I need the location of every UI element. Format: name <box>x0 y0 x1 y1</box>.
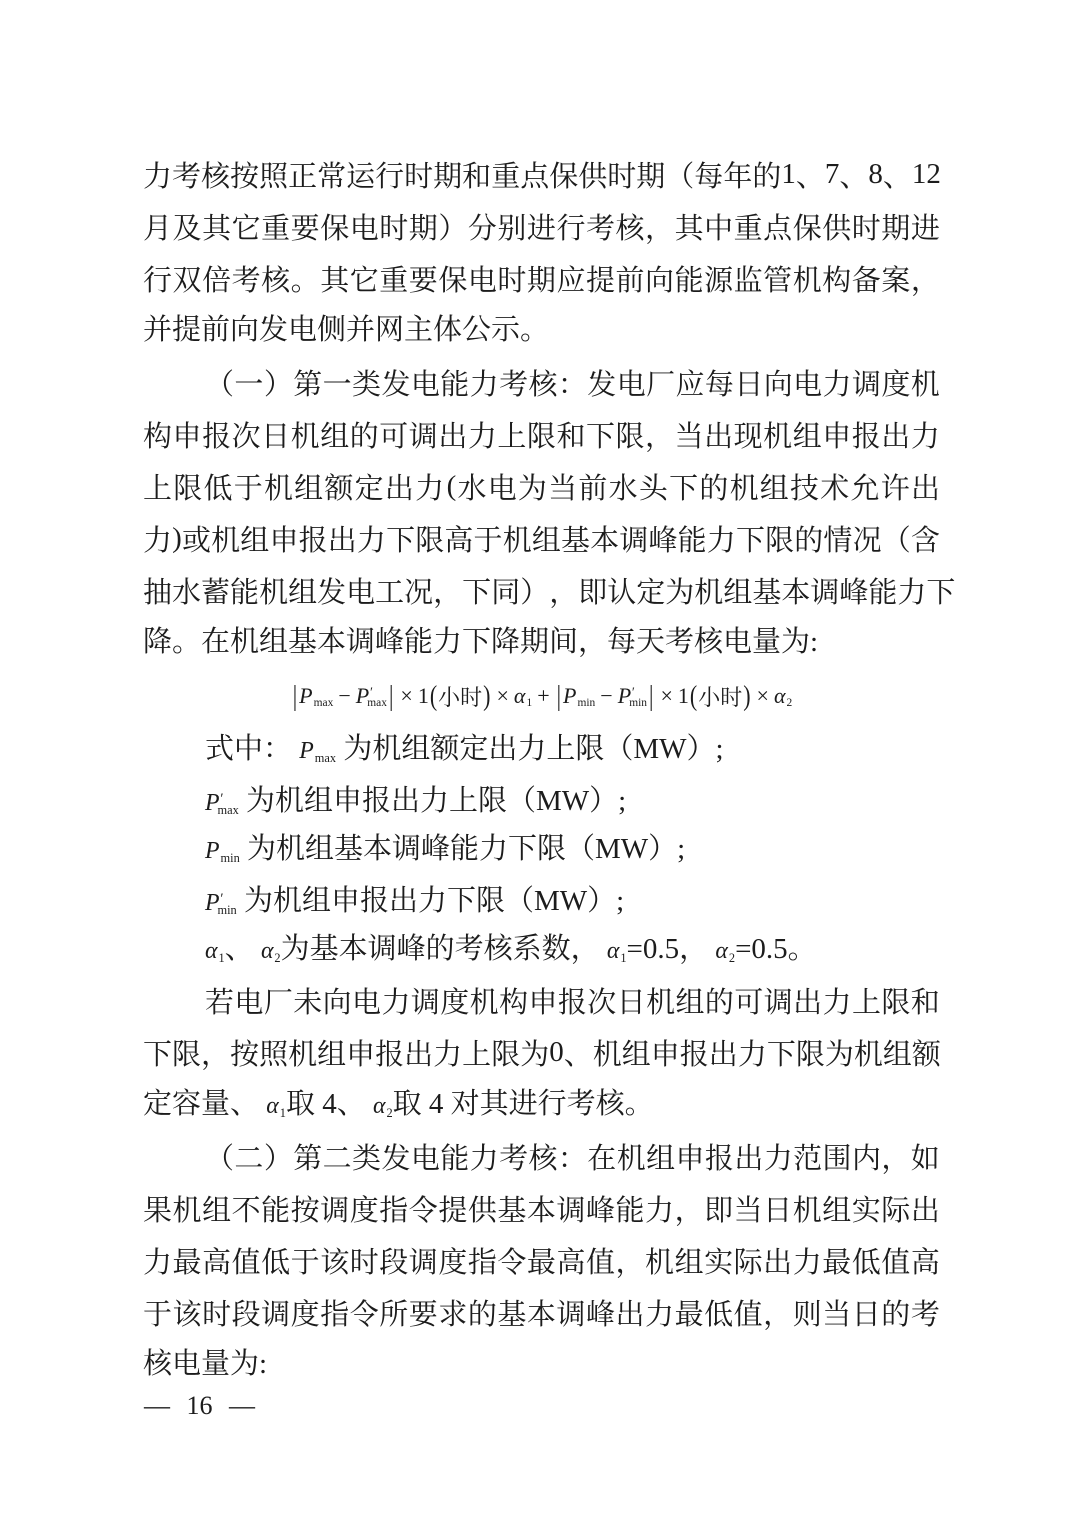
char: 申 <box>528 980 557 1021</box>
char: 电 <box>488 466 517 507</box>
char: 定 <box>355 466 384 507</box>
char: 次 <box>232 414 261 455</box>
char: 于 <box>143 1292 172 1333</box>
char: 力 <box>415 466 444 507</box>
math-variable: P′min <box>618 683 647 710</box>
char: 蓄 <box>201 570 230 611</box>
char: 况 <box>853 518 882 559</box>
char: 内 <box>852 1136 881 1177</box>
body-text-line: 降。在机组基本调峰能力下降期间，每天考核电量为: <box>143 616 940 668</box>
char: 按 <box>291 1188 320 1229</box>
char: ） <box>264 362 293 403</box>
char: 发 <box>381 1136 410 1177</box>
char: 下 <box>462 570 491 611</box>
char: 能 <box>868 570 897 611</box>
char: 点 <box>520 154 549 195</box>
char: 定 <box>636 570 665 611</box>
char: 核 <box>261 258 290 299</box>
char: 现 <box>734 414 763 455</box>
char: 日 <box>852 1292 881 1333</box>
char: 电 <box>411 362 440 403</box>
char: 上 <box>462 1032 491 1073</box>
absolute-value-bar: | <box>557 679 561 713</box>
char: 力 <box>143 154 172 195</box>
char: ） <box>264 1136 293 1177</box>
char: 工 <box>375 570 404 611</box>
char: 照 <box>259 154 288 195</box>
char: 核 <box>201 154 230 195</box>
char: 本 <box>527 1292 556 1333</box>
char: 出 <box>438 414 467 455</box>
char: 进 <box>527 206 556 247</box>
char: 要 <box>409 258 438 299</box>
char: 令 <box>409 1188 438 1229</box>
char: 力 <box>823 362 852 403</box>
char: 调 <box>261 1292 290 1333</box>
formula-term-definition-line: P′max 为机组申报出力上限（MW）; <box>143 774 940 824</box>
math-variable: α2 <box>261 926 281 983</box>
body-text-line: 力最高值低于该时段调度指令最高值，机组实际出力最低值高 <box>143 1234 940 1286</box>
body-text-line: 并提前向发电侧并网主体公示。 <box>143 304 940 356</box>
char: 时 <box>202 1292 231 1333</box>
char: 向 <box>323 980 352 1021</box>
body-text-line: 力考核按照正常运行时期和重点保供时期（每年的 1、7、8、12 <box>143 148 940 200</box>
char: 实 <box>852 1188 881 1229</box>
char: 案 <box>881 258 910 299</box>
char: 照 <box>259 1032 288 1073</box>
char: 出 <box>763 1240 792 1281</box>
math-text: 为机组基本调峰能力下限（MW）; <box>240 833 685 865</box>
char: 本 <box>527 1188 556 1229</box>
char: ： <box>558 1136 587 1177</box>
char: 、 <box>839 154 868 195</box>
char: 求 <box>438 1292 467 1333</box>
char: 的 <box>794 518 823 559</box>
char: 抽 <box>143 570 172 611</box>
char: 限 <box>415 518 444 559</box>
char: ) <box>172 522 182 555</box>
math-text: × <box>660 683 672 709</box>
math-text: 为机组申报出力下限（MW）; <box>237 885 624 917</box>
char: 机 <box>911 362 940 403</box>
char: 次 <box>587 980 616 1021</box>
char: 未 <box>293 980 322 1021</box>
char: 峰 <box>586 1188 615 1229</box>
char: 报 <box>202 414 231 455</box>
math-text: × <box>400 683 412 709</box>
char: 电 <box>617 362 646 403</box>
char: 指 <box>320 1292 349 1333</box>
char: 力 <box>911 414 940 455</box>
char: 每 <box>694 154 723 195</box>
char: 当 <box>734 1188 763 1229</box>
char: 当 <box>548 466 577 507</box>
char: 最 <box>527 1240 556 1281</box>
char: 组 <box>532 518 561 559</box>
formula-term-definition-line: Pmin 为机组基本调峰能力下限（MW）; <box>143 824 940 874</box>
char: 机 <box>694 570 723 611</box>
math-text: 1 <box>678 683 689 709</box>
char: 即 <box>704 1188 733 1229</box>
char: 时 <box>497 258 526 299</box>
char: 于 <box>474 518 503 559</box>
char: 供 <box>822 206 851 247</box>
char: 机 <box>730 466 759 507</box>
char: 其 <box>202 206 231 247</box>
char: 技 <box>790 466 819 507</box>
char: 按 <box>230 154 259 195</box>
math-variable: α1 <box>205 926 225 983</box>
char: 组 <box>822 1188 851 1229</box>
char: 出 <box>385 466 414 507</box>
char: 为 <box>520 1032 549 1073</box>
char: 出 <box>911 1188 940 1229</box>
char: 况 <box>404 570 433 611</box>
char: 日 <box>617 980 646 1021</box>
char: 厂 <box>646 362 675 403</box>
char: 上 <box>497 414 526 455</box>
char: 要 <box>409 1292 438 1333</box>
char: 应 <box>676 362 705 403</box>
char: 电 <box>793 362 822 403</box>
char: 力 <box>707 518 736 559</box>
char: ， <box>911 258 940 299</box>
char: 机 <box>503 518 532 559</box>
char: 许 <box>881 466 910 507</box>
char: 水 <box>172 570 201 611</box>
char: 组 <box>646 1136 675 1177</box>
char: 为 <box>665 570 694 611</box>
char: 1 <box>912 158 927 191</box>
char: 第 <box>293 362 322 403</box>
math-text: 、 <box>225 933 261 965</box>
math-text: 式中： <box>205 733 299 765</box>
char: 范 <box>793 1136 822 1177</box>
char: 倍 <box>202 258 231 299</box>
char: 组 <box>793 414 822 455</box>
char: 组 <box>320 414 349 455</box>
char: 水 <box>609 466 638 507</box>
char: 力 <box>470 362 499 403</box>
char: 的 <box>468 1292 497 1333</box>
char: 期 <box>409 206 438 247</box>
math-variable: P′max <box>356 683 387 710</box>
char: 时 <box>379 206 408 247</box>
char: 度 <box>881 362 910 403</box>
absolute-value-bar: | <box>389 679 393 713</box>
char: 核 <box>528 362 557 403</box>
char: 机 <box>617 1136 646 1177</box>
math-text: =0.5。 <box>735 933 817 965</box>
char: 限 <box>796 1032 825 1073</box>
char: 备 <box>852 258 881 299</box>
char: 于 <box>234 466 263 507</box>
char: 机 <box>173 1188 202 1229</box>
char: 保 <box>438 258 467 299</box>
char: ， <box>645 206 674 247</box>
char: 一 <box>323 362 352 403</box>
char: 其 <box>675 206 704 247</box>
char: 1 <box>781 158 796 191</box>
char: 一 <box>234 362 263 403</box>
char: 构 <box>143 414 172 455</box>
char: 组 <box>676 980 705 1021</box>
char: 构 <box>822 258 851 299</box>
char: 应 <box>556 258 585 299</box>
char: 当 <box>675 414 704 455</box>
char: 力 <box>738 1032 767 1073</box>
char: 组 <box>675 1240 704 1281</box>
absolute-value-bar: | <box>293 679 297 713</box>
char: 调 <box>411 980 440 1021</box>
char: 如 <box>911 1136 940 1177</box>
char: 日 <box>734 362 763 403</box>
char: 机 <box>645 1240 674 1281</box>
char: 考 <box>232 258 261 299</box>
char: 指 <box>468 1240 497 1281</box>
char: 监 <box>734 258 763 299</box>
char: 能 <box>440 1136 469 1177</box>
char: 组 <box>317 1032 346 1073</box>
char: ） <box>520 570 549 611</box>
char: 期 <box>881 206 910 247</box>
char: 供 <box>578 154 607 195</box>
char: 高 <box>202 1240 231 1281</box>
char: 能 <box>230 570 259 611</box>
char: 正 <box>288 154 317 195</box>
char: 度 <box>350 1188 379 1229</box>
char: 考 <box>911 1292 940 1333</box>
char: 令 <box>497 1240 526 1281</box>
char: 发 <box>317 570 346 611</box>
body-text-line: 定容量、 α1取 4、 α2取 4 对其进行考核。 <box>143 1078 940 1130</box>
char: 下 <box>143 1032 172 1073</box>
char: 力 <box>468 414 497 455</box>
char: 保 <box>320 206 349 247</box>
char: 期 <box>433 154 462 195</box>
char: 前 <box>578 466 607 507</box>
char: 情 <box>823 518 852 559</box>
math-variable: α1 <box>514 683 532 710</box>
char: 行 <box>375 154 404 195</box>
char: 力 <box>897 570 926 611</box>
char: 日 <box>261 414 290 455</box>
char: 中 <box>704 206 733 247</box>
char: 指 <box>379 1188 408 1229</box>
char: 运 <box>346 154 375 195</box>
char: 于 <box>291 1240 320 1281</box>
char: 发 <box>587 362 616 403</box>
math-text: 为机组申报出力上限（MW）; <box>239 785 626 817</box>
char: 则 <box>793 1292 822 1333</box>
math-text: 为机组额定出力上限（MW）; <box>336 733 723 765</box>
char: 高 <box>444 518 473 559</box>
body-text-line: 于该时段调度指令所要求的基本调峰出力最低值，则当日的考 <box>143 1286 940 1338</box>
body-text-line: 果机组不能按调度指令提供基本调峰能力，即当日机组实际出 <box>143 1182 940 1234</box>
char: 、 <box>564 1032 593 1073</box>
char: 电 <box>234 980 263 1021</box>
char: 、 <box>796 154 825 195</box>
math-variable: α1 <box>266 1080 286 1139</box>
char: 组 <box>294 466 323 507</box>
char: 时 <box>852 206 881 247</box>
char: 供 <box>468 1188 497 1229</box>
char: 申 <box>173 414 202 455</box>
char: 下 <box>669 466 698 507</box>
char: 的 <box>699 466 728 507</box>
char: 峰 <box>648 518 677 559</box>
char: 提 <box>586 258 615 299</box>
char: 本 <box>781 570 810 611</box>
char: 调 <box>852 362 881 403</box>
char: 力 <box>143 518 172 559</box>
char: 和 <box>556 414 585 455</box>
math-variable: α2 <box>373 1080 393 1139</box>
char: 出 <box>911 466 940 507</box>
char: 点 <box>763 206 792 247</box>
char: 若 <box>205 980 234 1021</box>
char: ， <box>616 1240 645 1281</box>
char: 按 <box>230 1032 259 1073</box>
char: 术 <box>820 466 849 507</box>
char: 第 <box>293 1136 322 1177</box>
char: 下 <box>926 570 955 611</box>
char: 的 <box>350 414 379 455</box>
char: 段 <box>379 1240 408 1281</box>
char: 保 <box>793 206 822 247</box>
assessment-energy-formula: |Pmax−P′max|×1(小时)×α1+|Pmin−P′min|×1(小时)… <box>143 668 940 724</box>
char: 即 <box>578 570 607 611</box>
char: 机 <box>264 466 293 507</box>
char: 基 <box>561 518 590 559</box>
char: 或 <box>182 518 211 559</box>
body-text-line: 构申报次日机组的可调出力上限和下限，当出现机组申报出力 <box>143 408 940 460</box>
math-paren: ( <box>690 679 697 712</box>
char: （ <box>205 1136 234 1177</box>
char: 行 <box>143 258 172 299</box>
char: 报 <box>705 1136 734 1177</box>
char: 令 <box>350 1292 379 1333</box>
math-variable: α2 <box>715 926 735 983</box>
math-variable: Pmax <box>299 683 333 710</box>
char: 前 <box>616 258 645 299</box>
char: 月 <box>143 206 172 247</box>
char: 所 <box>379 1292 408 1333</box>
page-number: — 16 — <box>144 1386 255 1426</box>
char: 围 <box>823 1136 852 1177</box>
char: 含 <box>911 518 940 559</box>
char: 电 <box>352 980 381 1021</box>
math-text: 为基本调峰的考核系数， <box>281 933 607 965</box>
char: 重 <box>734 206 763 247</box>
char: 能 <box>678 518 707 559</box>
char: 能 <box>440 362 469 403</box>
char: 限 <box>173 466 202 507</box>
char: 力 <box>470 1136 499 1177</box>
char: 向 <box>764 362 793 403</box>
char: 电 <box>350 206 379 247</box>
char: 电 <box>468 258 497 299</box>
math-text: 取 4 对其进行考核。 <box>393 1088 654 1120</box>
body-text-line: 核电量为: <box>143 1338 940 1390</box>
body-text-line: 若电厂未向电力调度机构申报次日机组的可调出力上限和 <box>143 974 940 1026</box>
char: 力 <box>793 1240 822 1281</box>
char: 和 <box>462 154 491 195</box>
document-page: 力考核按照正常运行时期和重点保供时期（每年的 1、7、8、12月及其它重要保电时… <box>0 0 1080 1527</box>
char: 机 <box>211 518 240 559</box>
char: 出 <box>616 1292 645 1333</box>
char: 提 <box>438 1188 467 1229</box>
char: 机 <box>646 980 675 1021</box>
char: 下 <box>586 414 615 455</box>
char: 核 <box>528 1136 557 1177</box>
char: 重 <box>261 206 290 247</box>
char: 调 <box>810 570 839 611</box>
char: 实 <box>704 1240 733 1281</box>
char: 力 <box>823 980 852 1021</box>
char: 报 <box>852 414 881 455</box>
char: 时 <box>404 154 433 195</box>
math-text: =0.5， <box>627 933 716 965</box>
char: （ <box>665 154 694 195</box>
char: 年 <box>723 154 752 195</box>
formula-term-definition-line: 式中： Pmax 为机组额定出力上限（MW）; <box>143 724 940 774</box>
char: 源 <box>704 258 733 299</box>
math-variable: Pmin <box>563 683 595 710</box>
char: 调 <box>409 414 438 455</box>
char: 力 <box>357 518 386 559</box>
char: （ <box>882 518 911 559</box>
char: 的 <box>752 154 781 195</box>
char: 低 <box>261 1240 290 1281</box>
char: 下 <box>767 1032 796 1073</box>
char: 为 <box>518 466 547 507</box>
char: 电 <box>411 1136 440 1177</box>
math-text: 1 <box>418 683 429 709</box>
char: 可 <box>734 980 763 1021</box>
char: 机 <box>793 1188 822 1229</box>
char: 组 <box>240 518 269 559</box>
char: 能 <box>675 258 704 299</box>
char: 机 <box>793 258 822 299</box>
char: 下 <box>736 518 765 559</box>
char: 同 <box>491 570 520 611</box>
char: 出 <box>734 1136 763 1177</box>
char: 段 <box>232 1292 261 1333</box>
char: 调 <box>619 518 648 559</box>
char: 最 <box>173 1240 202 1281</box>
char: 峰 <box>586 1292 615 1333</box>
char: 申 <box>346 1032 375 1073</box>
char: 、 <box>883 154 912 195</box>
char: 别 <box>497 206 526 247</box>
char: 头 <box>639 466 668 507</box>
char: 日 <box>763 1188 792 1229</box>
char: 申 <box>822 414 851 455</box>
char: 能 <box>261 1188 290 1229</box>
char: 其 <box>320 258 349 299</box>
char: 申 <box>676 1136 705 1177</box>
char: 力 <box>645 1188 674 1229</box>
char: 可 <box>379 414 408 455</box>
char: 机 <box>291 414 320 455</box>
char: 力 <box>143 1240 172 1281</box>
char: 构 <box>499 980 528 1021</box>
char: 最 <box>675 1292 704 1333</box>
char: ， <box>763 1292 792 1333</box>
char: 力 <box>433 1032 462 1073</box>
char: 报 <box>680 1032 709 1073</box>
